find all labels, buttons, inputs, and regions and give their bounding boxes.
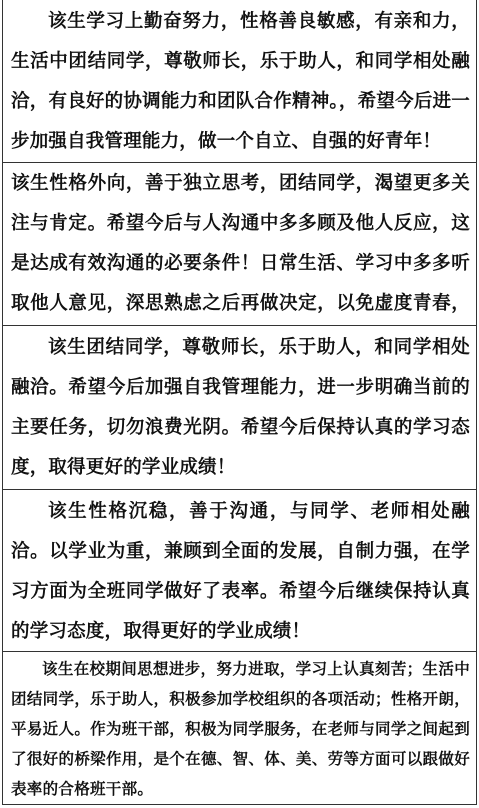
- comment-text: 该生学习上勤奋努力，性格善良敏感，有亲和力，生活中团结同学，尊敬师长，乐于助人，…: [11, 2, 470, 162]
- comment-row-4: 该生性格沉稳，善于沟通，与同学、老师相处融洽。以学业为重，兼顾到全面的发展，自制…: [3, 490, 476, 652]
- comment-row-1: 该生学习上勤奋努力，性格善良敏感，有亲和力，生活中团结同学，尊敬师长，乐于助人，…: [3, 0, 476, 163]
- comment-row-2: 该生性格外向，善于独立思考，团结同学，渴望更多关注与肯定。希望今后与人沟通中多多…: [3, 163, 476, 326]
- comment-row-3: 该生团结同学，尊敬师长，乐于助人，和同学相处融洽。希望今后加强自我管理能力，进一…: [3, 326, 476, 490]
- comment-row-5: 该生在校期间思想进步，努力进取，学习上认真刻苦；生活中团结同学，乐于助人，积极参…: [3, 652, 476, 805]
- comments-table: 该生学习上勤奋努力，性格善良敏感，有亲和力，生活中团结同学，尊敬师长，乐于助人，…: [2, 0, 477, 805]
- comment-text: 该生性格外向，善于独立思考，团结同学，渴望更多关注与肯定。希望今后与人沟通中多多…: [11, 164, 470, 326]
- comment-text: 该生团结同学，尊敬师长，乐于助人，和同学相处融洽。希望今后加强自我管理能力，进一…: [11, 328, 470, 488]
- comment-text: 该生性格沉稳，善于沟通，与同学、老师相处融洽。以学业为重，兼顾到全面的发展，自制…: [11, 492, 470, 652]
- comment-text: 该生在校期间思想进步，努力进取，学习上认真刻苦；生活中团结同学，乐于助人，积极参…: [11, 654, 470, 804]
